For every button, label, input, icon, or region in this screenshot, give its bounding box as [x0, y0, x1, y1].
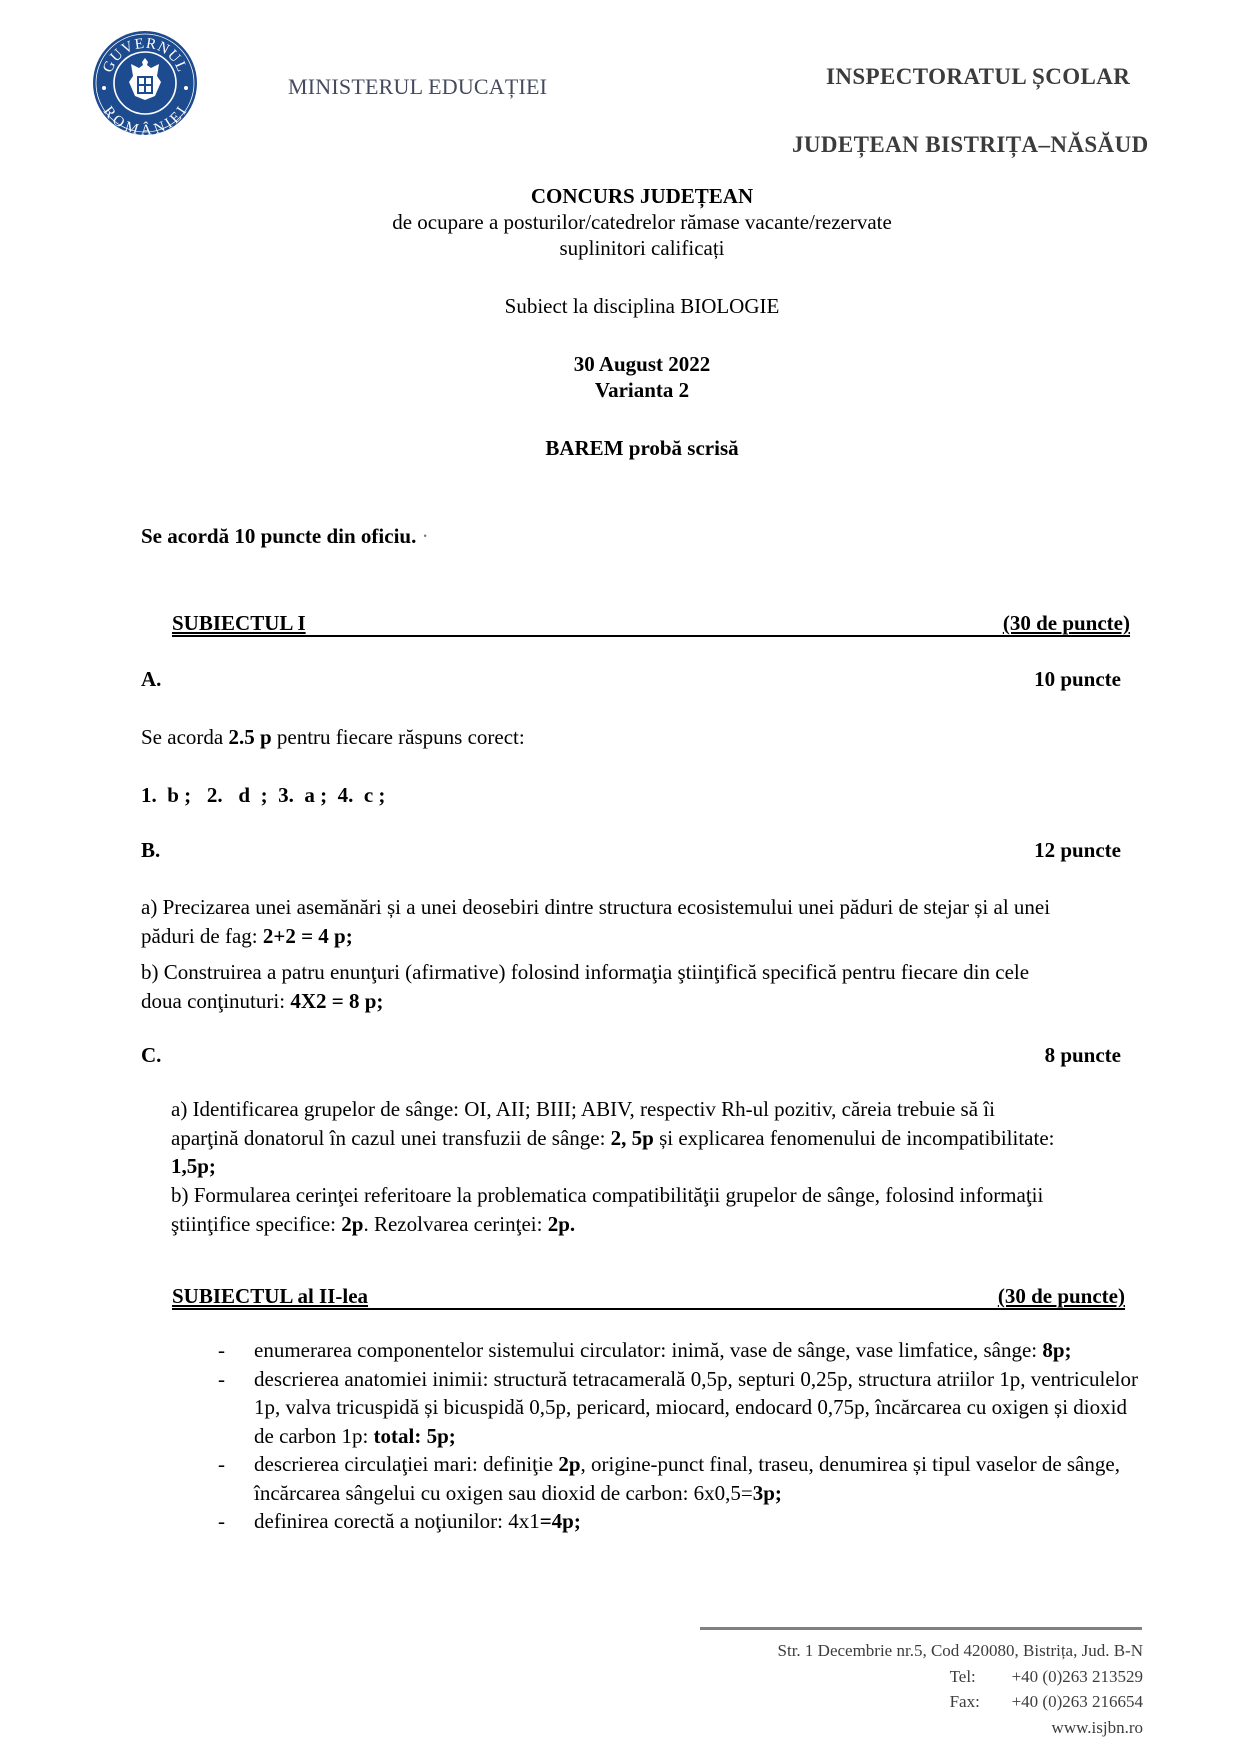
- ministry-name: MINISTERUL EDUCAȚIEI: [288, 74, 547, 100]
- section-a-answers: 1. b ; 2. d ; 3. a ; 4. c ;: [141, 781, 385, 810]
- government-seal-logo: GUVERNUL ROMÂNIEI: [92, 30, 198, 136]
- section-b-label: B.: [141, 838, 160, 863]
- inspectorate-line2: JUDEȚEAN BISTRIȚA–NĂSĂUD: [792, 132, 1149, 158]
- discipline: Subiect la disciplina BIOLOGIE: [0, 294, 1241, 319]
- contest-title: CONCURS JUDEȚEAN: [0, 184, 1241, 209]
- section-c-item-a: a) Identificarea grupelor de sânge: OI, …: [171, 1095, 1061, 1181]
- footer-contact: Str. 1 Decembrie nr.5, Cod 420080, Bistr…: [600, 1638, 1143, 1740]
- section-a-rule: Se acorda 2.5 p pentru fiecare răspuns c…: [141, 723, 525, 752]
- section-a-label: A.: [141, 667, 161, 692]
- section-b-points: 12 puncte: [900, 838, 1121, 863]
- section-b-item-b: b) Construirea a patru enunţuri (afirmat…: [141, 958, 1071, 1015]
- criteria-item: - enumerarea componentelor sistemului ci…: [214, 1336, 1144, 1365]
- criteria-item: - definirea corectă a noţiunilor: 4x1=4p…: [214, 1507, 1144, 1536]
- section-c-points: 8 puncte: [900, 1043, 1121, 1068]
- footer-phone: Tel:+40 (0)263 213529: [600, 1664, 1143, 1690]
- inspectorate-line1: INSPECTORATUL ȘCOLAR: [826, 64, 1130, 90]
- subject2-header: SUBIECTUL al II-lea (30 de puncte): [172, 1285, 1125, 1310]
- subject2-criteria-list: - enumerarea componentelor sistemului ci…: [214, 1336, 1144, 1536]
- footer-divider: [700, 1627, 1142, 1630]
- section-c-item-b: b) Formularea cerinţei referitoare la pr…: [171, 1181, 1061, 1238]
- section-a-points: 10 puncte: [900, 667, 1121, 692]
- subject1-title: SUBIECTUL I: [172, 612, 306, 634]
- section-c-label: C.: [141, 1043, 161, 1068]
- footer-fax: Fax:+40 (0)263 216654: [600, 1689, 1143, 1715]
- office-points-note: Se acordă 10 puncte din oficiu. ·: [141, 522, 429, 550]
- subject1-header: SUBIECTUL I (30 de puncte): [172, 612, 1130, 637]
- exam-date: 30 August 2022: [0, 352, 1241, 377]
- criteria-item: - descrierea anatomiei inimii: structură…: [214, 1365, 1144, 1451]
- subject2-points: (30 de puncte): [998, 1285, 1125, 1307]
- criteria-item: - descrierea circulaţiei mari: definiţie…: [214, 1450, 1144, 1507]
- contest-subtitle: de ocupare a posturilor/catedrelor rămas…: [0, 210, 1241, 235]
- coat-of-arms-icon: GUVERNUL ROMÂNIEI: [92, 30, 198, 136]
- subject1-points: (30 de puncte): [1003, 612, 1130, 634]
- variant: Varianta 2: [0, 378, 1241, 403]
- section-b-item-a: a) Precizarea unei asemănări și a unei d…: [141, 893, 1071, 950]
- footer-website-link[interactable]: www.isjbn.ro: [600, 1715, 1143, 1741]
- subject2-title: SUBIECTUL al II-lea: [172, 1285, 368, 1307]
- footer-address: Str. 1 Decembrie nr.5, Cod 420080, Bistr…: [600, 1638, 1143, 1664]
- barem-title: BAREM probă scrisă: [0, 436, 1241, 461]
- contest-subtitle-2: suplinitori calificați: [0, 236, 1241, 261]
